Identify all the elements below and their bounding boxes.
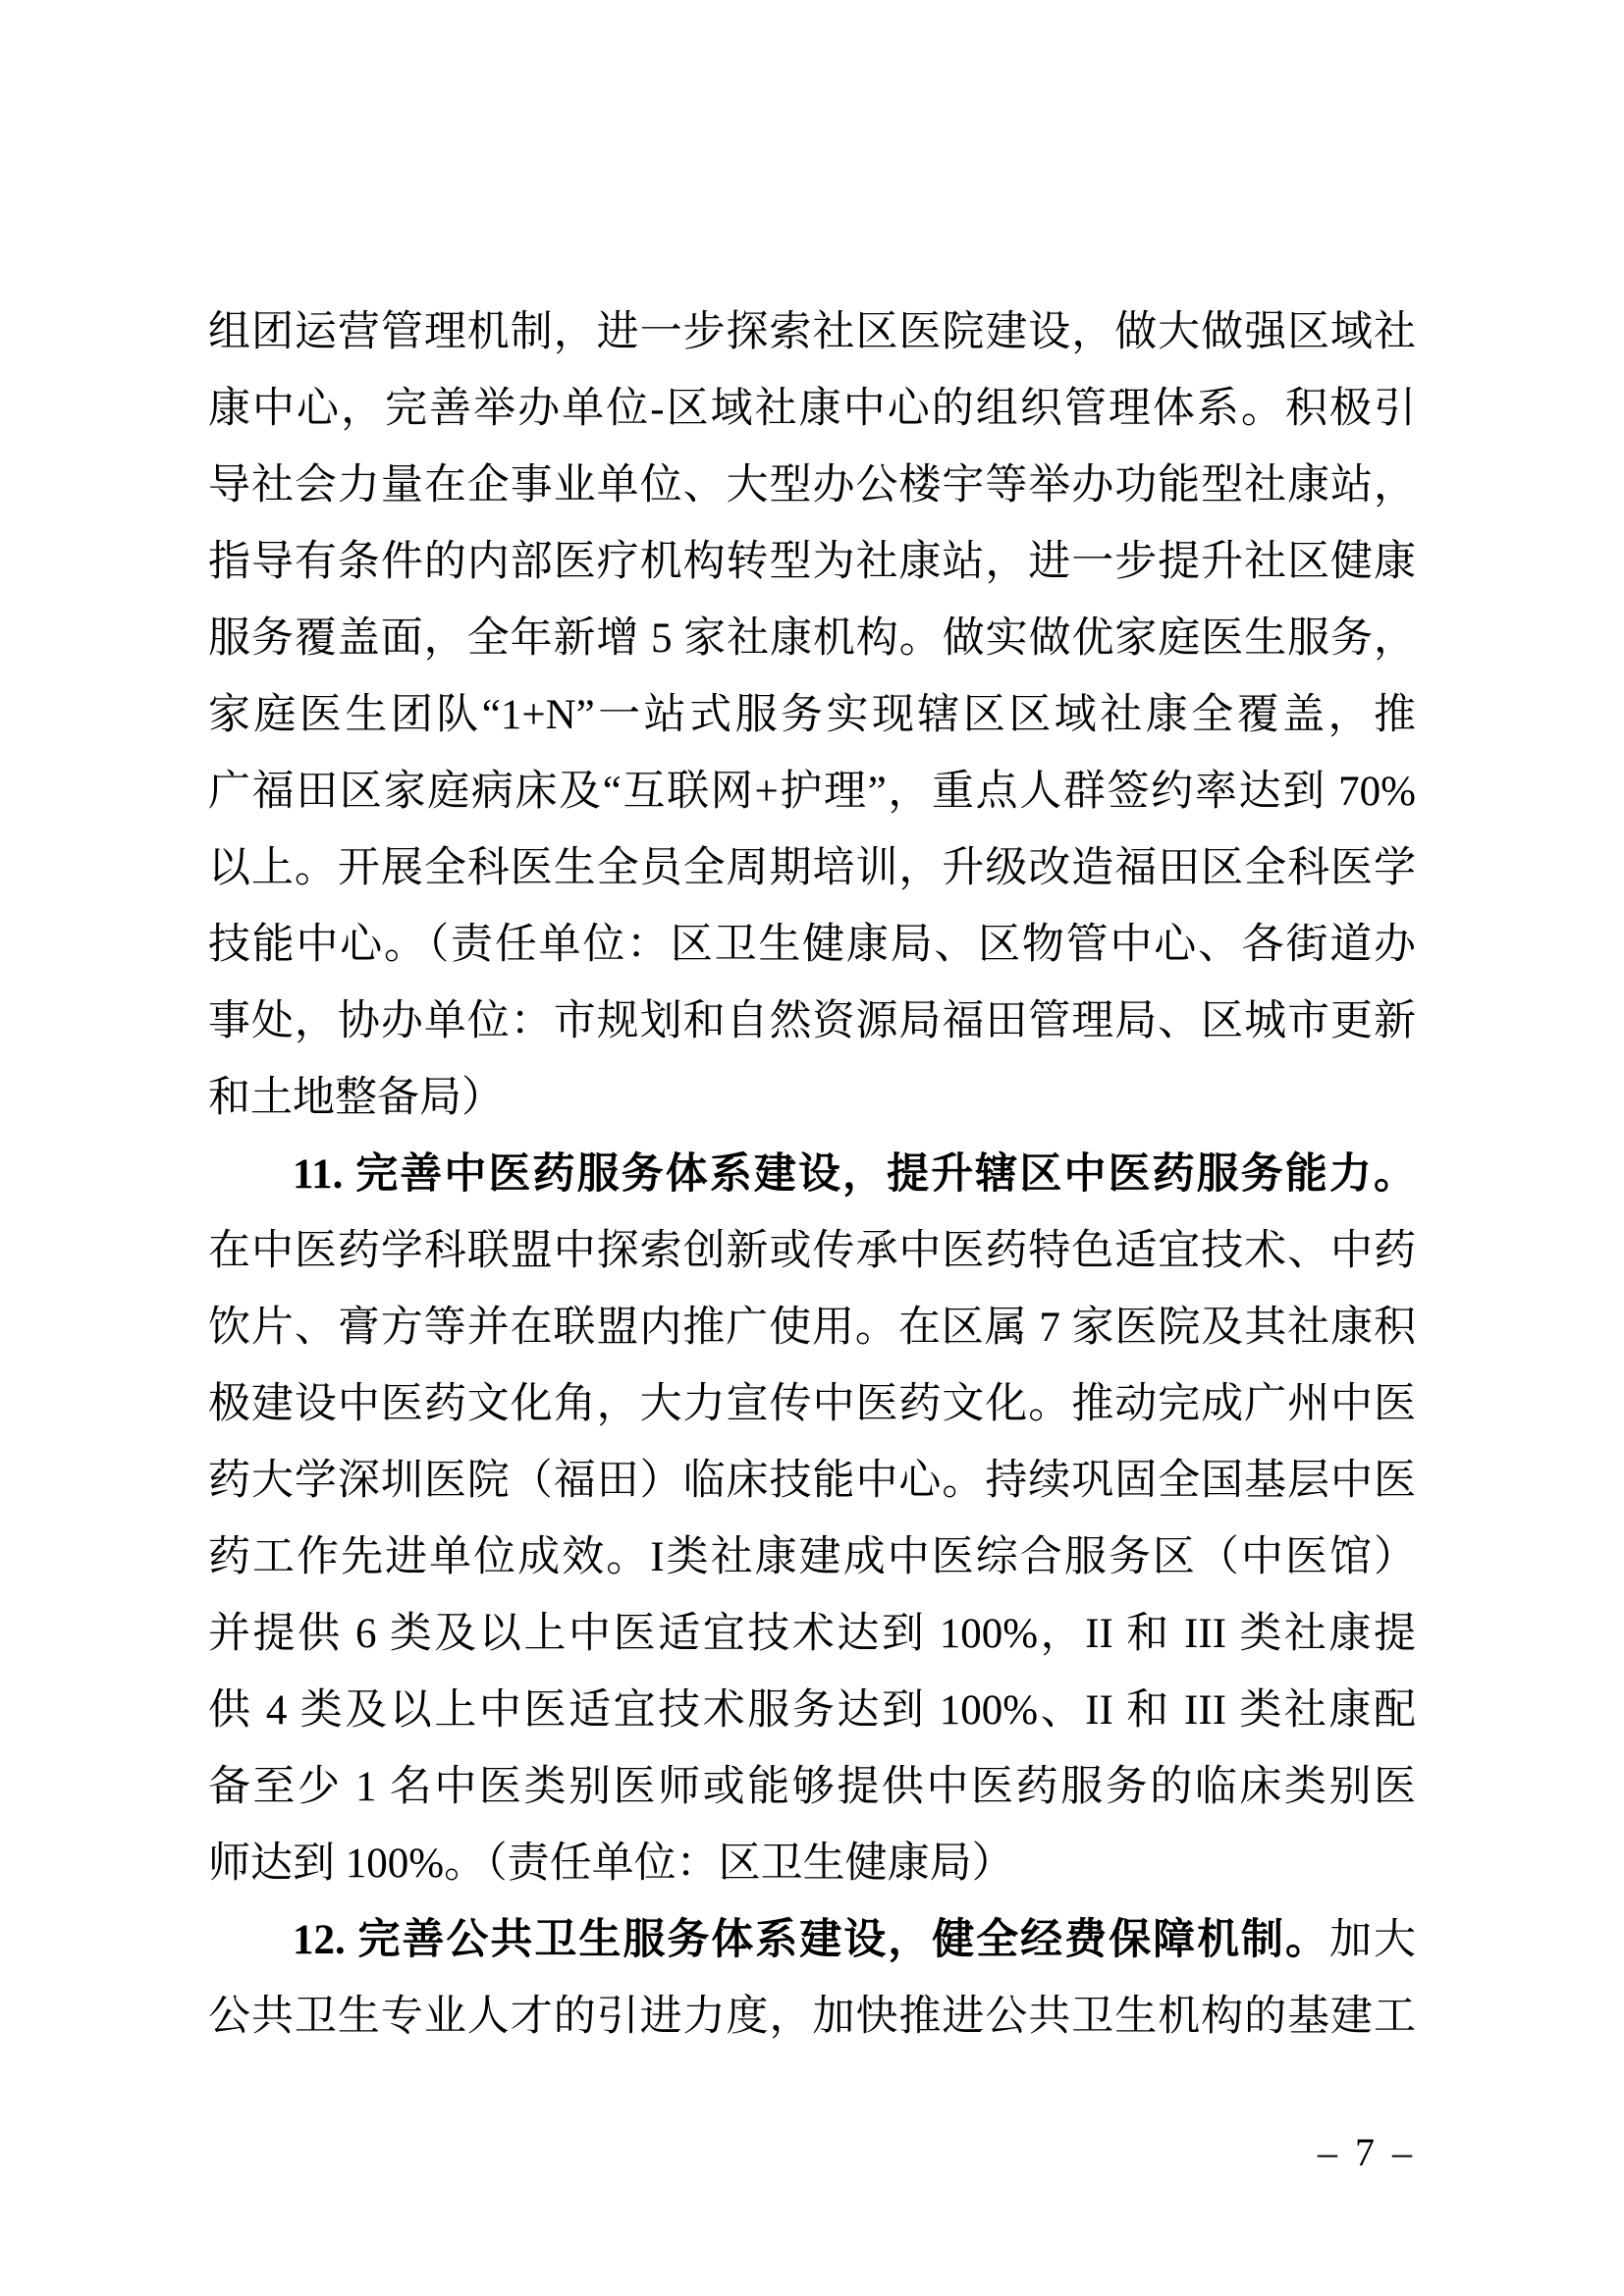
paragraph-text: 家庭医生团队“1+N”一站式服务实现辖区区域社康全覆盖，推 (208, 692, 1416, 738)
text-line: 供 4 类及以上中医适宜技术服务达到 100%、II 和 III 类社康配 (208, 1673, 1416, 1749)
paragraph-text: 供 4 类及以上中医适宜技术服务达到 100%、II 和 III 类社康配 (208, 1687, 1416, 1734)
text-line: 导社会力量在企事业单位、大型办公楼宇等举办功能型社康站， (208, 448, 1416, 524)
paragraph-text: 康中心，完善举办单位-区域社康中心的组织管理体系。积极引 (208, 386, 1416, 432)
text-line: 事处，协办单位：市规划和自然资源局福田管理局、区城市更新 (208, 984, 1416, 1060)
document-page: 组团运营管理机制，进一步探索社区医院建设，做大做强区域社康中心，完善举办单位-区… (0, 0, 1624, 2296)
paragraph-text: 广福田区家庭病床及“互联网+护理”，重点人群签约率达到 70% (208, 769, 1416, 815)
paragraph-text: 事处，协办单位：市规划和自然资源局福田管理局、区城市更新 (208, 998, 1416, 1044)
paragraph-text: 备至少 1 名中医类别医师或能够提供中医药服务的临床类别医 (208, 1764, 1416, 1810)
paragraph-text: 极建设中医药文化角，大力宣传中医药文化。推动完成广州中医 (208, 1381, 1416, 1427)
paragraph-text: 组团运营管理机制，进一步探索社区医院建设，做大做强区域社 (208, 309, 1416, 355)
paragraph-text: 并提供 6 类及以上中医适宜技术达到 100%，II 和 III 类社康提 (208, 1611, 1416, 1657)
text-line: 在中医药学科联盟中探索创新或传承中医药特色适宜技术、中药 (208, 1213, 1416, 1290)
paragraph-text: 指导有条件的内部医疗机构转型为社康站，进一步提升社区健康 (208, 539, 1416, 585)
section-heading-text: 11. 完善中医药服务体系建设，提升辖区中医药服务能力。 (293, 1151, 1416, 1198)
text-line: 以上。开展全科医生全员全周期培训，升级改造福田区全科医学 (208, 830, 1416, 907)
text-line: 饮片、膏方等并在联盟内推广使用。在区属 7 家医院及其社康积 (208, 1290, 1416, 1366)
text-line: 公共卫生专业人才的引进力度，加快推进公共卫生机构的基建工 (208, 1979, 1416, 2056)
text-line: 家庭医生团队“1+N”一站式服务实现辖区区域社康全覆盖，推 (208, 677, 1416, 754)
text-line: 技能中心。（责任单位：区卫生健康局、区物管中心、各街道办 (208, 907, 1416, 984)
text-line: 指导有条件的内部医疗机构转型为社康站，进一步提升社区健康 (208, 524, 1416, 601)
paragraph-text: 导社会力量在企事业单位、大型办公楼宇等举办功能型社康站， (208, 462, 1416, 508)
text-line: 服务覆盖面，全年新增 5 家社康机构。做实做优家庭医生服务， (208, 601, 1416, 677)
paragraph-text: 药工作先进单位成效。I类社康建成中医综合服务区（中医馆） (208, 1534, 1416, 1580)
text-line: 12. 完善公共卫生服务体系建设，健全经费保障机制。加大 (208, 1902, 1416, 1979)
text-line: 药大学深圳医院（福田）临床技能中心。持续巩固全国基层中医 (208, 1443, 1416, 1520)
paragraph-text: 公共卫生专业人才的引进力度，加快推进公共卫生机构的基建工 (208, 1994, 1416, 2040)
text-line: 药工作先进单位成效。I类社康建成中医综合服务区（中医馆） (208, 1520, 1416, 1596)
text-line: 并提供 6 类及以上中医适宜技术达到 100%，II 和 III 类社康提 (208, 1596, 1416, 1673)
paragraph-text: 以上。开展全科医生全员全周期培训，升级改造福田区全科医学 (208, 845, 1416, 891)
section-heading-text: 12. 完善公共卫生服务体系建设，健全经费保障机制。 (293, 1917, 1329, 1963)
paragraph-text: 加大 (1329, 1917, 1416, 1963)
text-line: 康中心，完善举办单位-区域社康中心的组织管理体系。积极引 (208, 371, 1416, 448)
text-line: 师达到 100%。（责任单位：区卫生健康局） (208, 1826, 1416, 1902)
paragraph-text: 在中医药学科联盟中探索创新或传承中医药特色适宜技术、中药 (208, 1228, 1416, 1274)
text-line: 和土地整备局） (208, 1060, 1416, 1137)
paragraph-text: 服务覆盖面，全年新增 5 家社康机构。做实做优家庭医生服务， (208, 615, 1416, 662)
paragraph-text: 和土地整备局） (208, 1075, 504, 1121)
paragraph-text: 饮片、膏方等并在联盟内推广使用。在区属 7 家医院及其社康积 (208, 1305, 1416, 1351)
page-number: – 7 – (1318, 2118, 1416, 2187)
text-line: 组团运营管理机制，进一步探索社区医院建设，做大做强区域社 (208, 294, 1416, 371)
text-line: 11. 完善中医药服务体系建设，提升辖区中医药服务能力。 (208, 1137, 1416, 1213)
paragraph-text: 药大学深圳医院（福田）临床技能中心。持续巩固全国基层中医 (208, 1458, 1416, 1504)
document-body: 组团运营管理机制，进一步探索社区医院建设，做大做强区域社康中心，完善举办单位-区… (208, 294, 1416, 2056)
paragraph-text: 技能中心。（责任单位：区卫生健康局、区物管中心、各街道办 (208, 922, 1416, 968)
text-line: 广福田区家庭病床及“互联网+护理”，重点人群签约率达到 70% (208, 754, 1416, 830)
paragraph-text: 师达到 100%。（责任单位：区卫生健康局） (208, 1841, 1014, 1887)
text-line: 备至少 1 名中医类别医师或能够提供中医药服务的临床类别医 (208, 1749, 1416, 1826)
text-line: 极建设中医药文化角，大力宣传中医药文化。推动完成广州中医 (208, 1366, 1416, 1443)
